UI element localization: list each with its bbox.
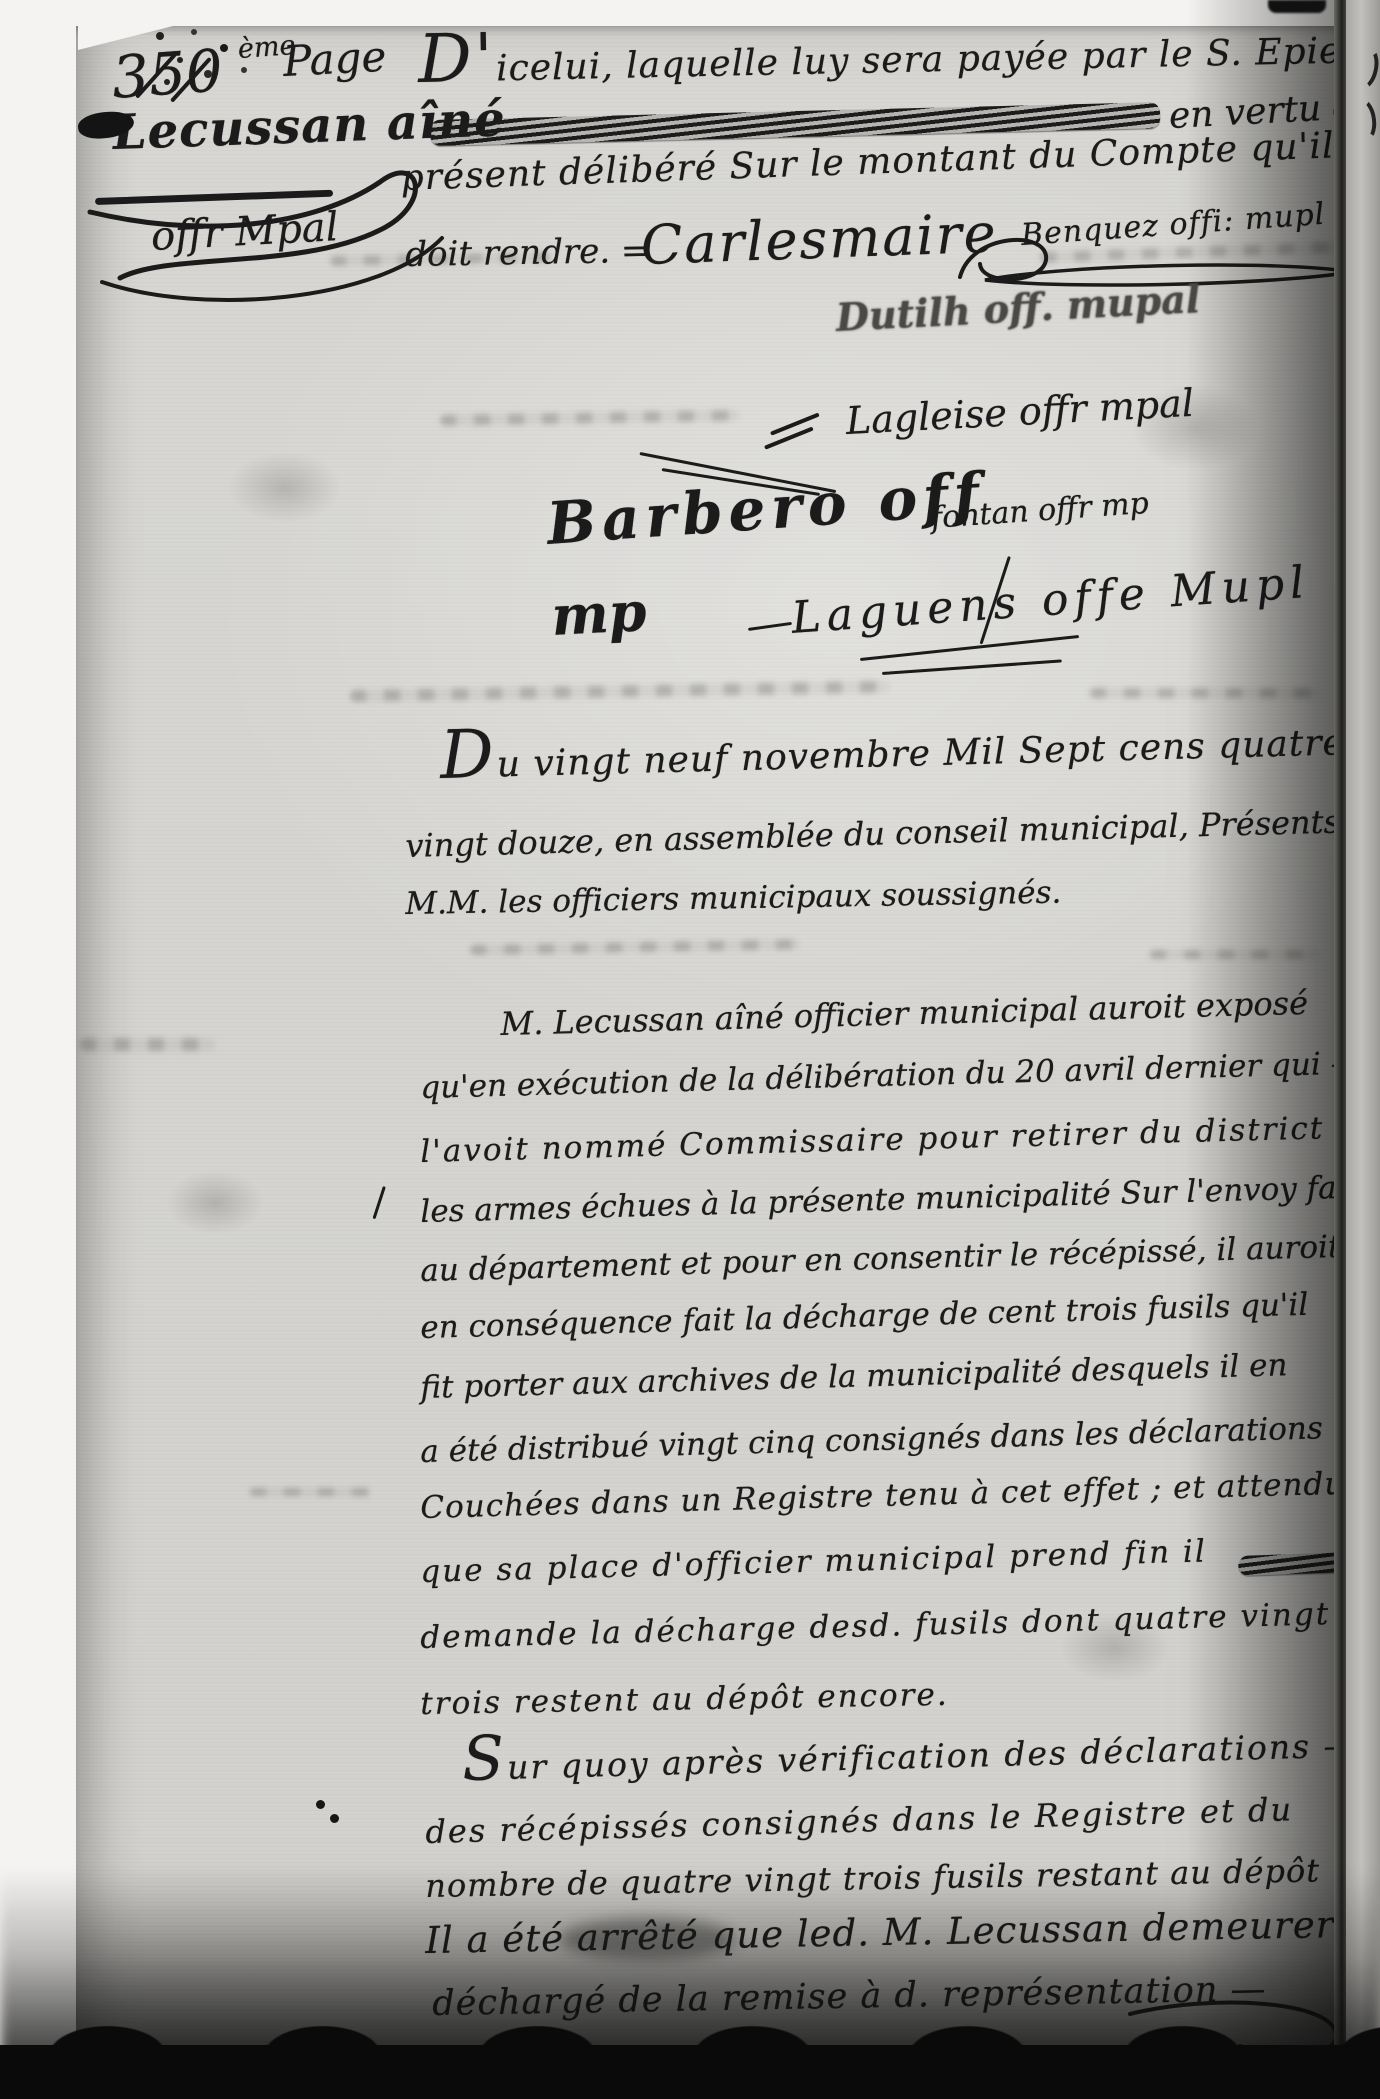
ghost-bleedthrough xyxy=(250,1488,370,1496)
opening-line-4: doit rendre. = xyxy=(405,234,650,274)
ink-dot xyxy=(316,1800,325,1809)
stain xyxy=(150,1160,280,1245)
margin-flourish xyxy=(80,120,480,320)
scanned-register-page: 350 ème Page Lecussan aîné offr Mpal D'i… xyxy=(0,0,1380,2099)
ink-dot xyxy=(330,1814,339,1823)
ink-blob xyxy=(1268,0,1326,13)
ink-speckles xyxy=(150,28,154,32)
ghost-bleedthrough xyxy=(80,1038,215,1051)
gutter-shadow xyxy=(1186,0,1336,2099)
stain xyxy=(210,440,360,535)
margin-page-label: Page xyxy=(282,35,387,84)
signature-mayor: Carlesmaire xyxy=(640,206,998,275)
margin-page-number: 350 xyxy=(110,40,225,108)
scan-bottom-background xyxy=(0,2045,1380,2099)
facing-page-edge xyxy=(1346,0,1380,2099)
signature-officer-4-line2: mp xyxy=(550,583,648,645)
bottom-page-edge xyxy=(0,1989,1380,2047)
